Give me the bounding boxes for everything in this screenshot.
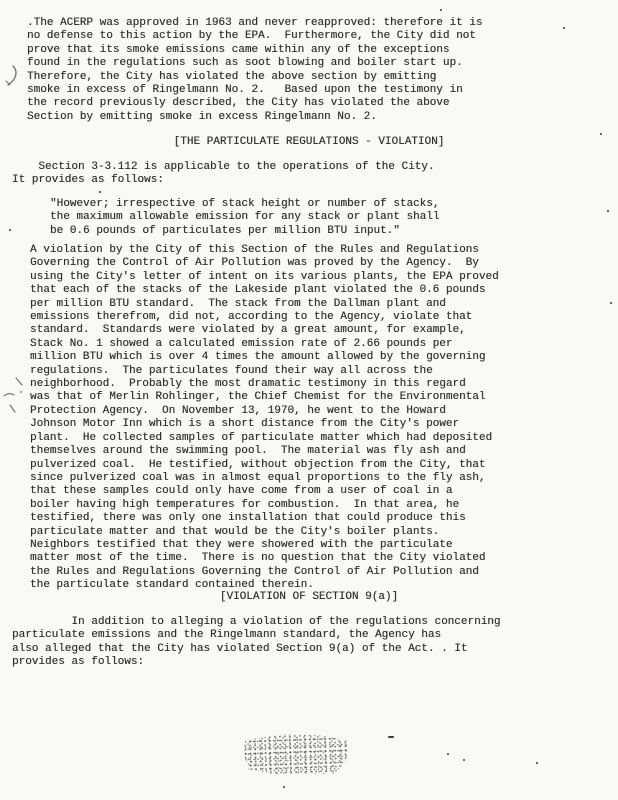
scan-speck [283,786,285,788]
scan-speck [447,753,449,755]
paragraph-section-9a-allegation: In addition to alleging a violation of t… [12,616,552,670]
scanned-document-page: .The ACERP was approved in 1963 and neve… [0,0,618,800]
scan-speck [563,27,565,29]
scan-speck [9,229,11,231]
heading-violation-section-9a: [VIOLATION OF SECTION 9(a)] [0,591,618,604]
illegible-ink-stamp [242,732,349,777]
scan-speck [463,759,465,761]
scan-speck [610,302,612,304]
paragraph-ringelmann-violation: .The ACERP was approved in 1963 and neve… [27,17,547,124]
paragraph-violation-evidence: A violation by the City of this Section … [30,244,560,593]
scan-speck [99,191,101,193]
scan-speck [600,133,602,135]
pencil-scratch-margin-marks [2,374,28,418]
heading-particulate-regulations: [THE PARTICULATE REGULATIONS - VIOLATION… [0,136,618,149]
scan-speck [440,9,442,11]
blockquote-particulate-standard: "However; irrespective of stack height o… [50,198,530,238]
scan-speck [607,210,609,212]
scan-speck [388,736,394,738]
paragraph-section-3-3-112: Section 3-3.112 is applicable to the ope… [12,161,532,188]
scan-speck [536,762,538,764]
pencil-curve-margin-mark [3,64,23,92]
